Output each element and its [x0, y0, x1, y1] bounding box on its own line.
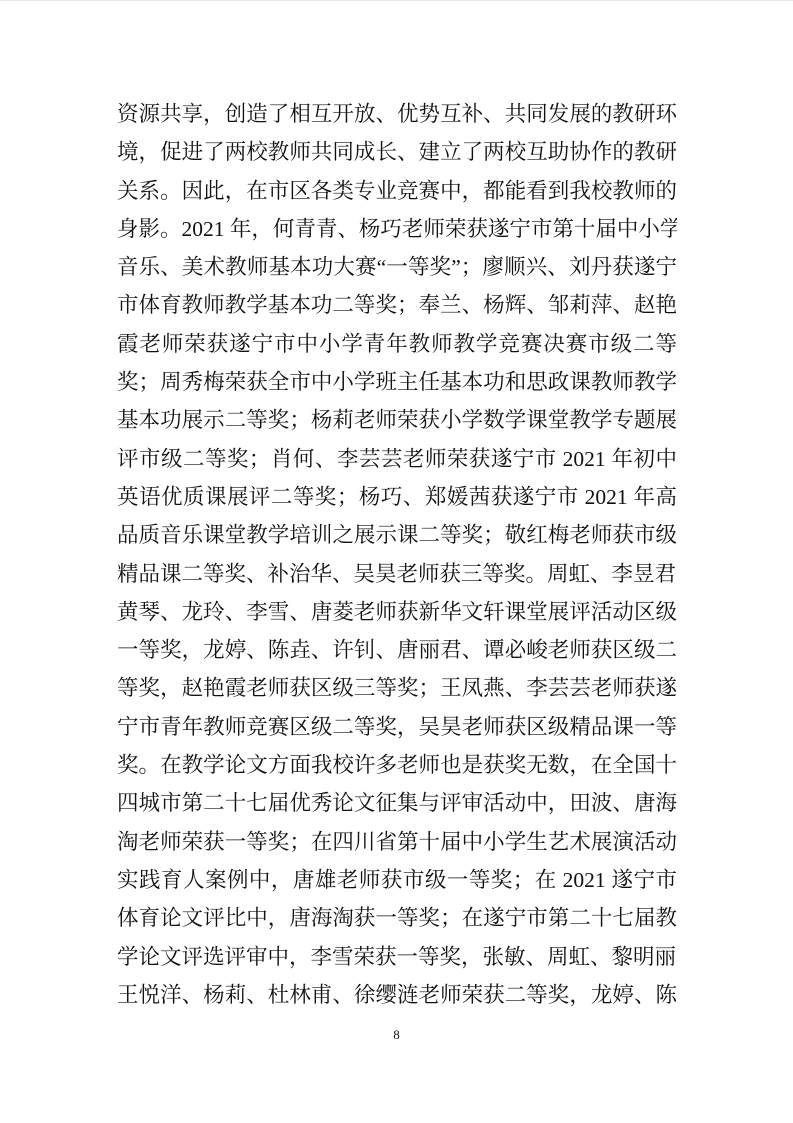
text-line: 精品课二等奖、补治华、吴昊老师获三等奖。周虹、李昱君、 [117, 555, 677, 593]
text-line: 淘老师荣获一等奖；在四川省第十届中小学生艺术展演活动 [117, 823, 677, 861]
text-line: 等奖，赵艳霞老师获区级三等奖；王凤燕、李芸芸老师获遂 [117, 669, 677, 707]
text-line: 评市级二等奖；肖何、李芸芸老师荣获遂宁市 2021 年初中 [117, 440, 677, 478]
text-line: 实践育人案例中，唐雄老师获市级一等奖；在 2021 遂宁市 [117, 861, 677, 899]
page-number: 8 [0, 1027, 793, 1043]
text-line: 关系。因此，在市区各类专业竞赛中，都能看到我校教师的 [117, 172, 677, 210]
text-line: 境，促进了两校教师共同成长、建立了两校互助协作的教研 [117, 133, 677, 171]
text-line: 品质音乐课堂教学培训之展示课二等奖；敬红梅老师获市级 [117, 516, 677, 554]
text-line: 音乐、美术教师基本功大赛“一等奖”；廖顺兴、刘丹获遂宁 [117, 248, 677, 286]
text-line: 市体育教师教学基本功二等奖；奉兰、杨辉、邹莉萍、赵艳 [117, 286, 677, 324]
text-line: 霞老师荣获遂宁市中小学青年教师教学竞赛决赛市级二等 [117, 325, 677, 363]
paragraph-text: 资源共享，创造了相互开放、优势互补、共同发展的教研环 境，促进了两校教师共同成长… [117, 95, 677, 1014]
text-line: 一等奖，龙婷、陈垚、许钊、唐丽君、谭必峻老师获区级二 [117, 631, 677, 669]
text-line: 奖；周秀梅荣获全市中小学班主任基本功和思政课教师教学 [117, 363, 677, 401]
text-line: 四城市第二十七届优秀论文征集与评审活动中，田波、唐海 [117, 784, 677, 822]
text-line: 基本功展示二等奖；杨莉老师荣获小学数学课堂教学专题展 [117, 401, 677, 439]
text-line: 体育论文评比中，唐海淘获一等奖；在遂宁市第二十七届教 [117, 899, 677, 937]
text-line: 宁市青年教师竞赛区级二等奖，吴昊老师获区级精品课一等 [117, 708, 677, 746]
text-line: 学论文评选评审中，李雪荣获一等奖，张敏、周虹、黎明丽、 [117, 938, 677, 976]
text-line: 奖。在教学论文方面我校许多老师也是获奖无数，在全国十 [117, 746, 677, 784]
text-line: 黄琴、龙玲、李雪、唐菱老师获新华文轩课堂展评活动区级 [117, 593, 677, 631]
text-line: 资源共享，创造了相互开放、优势互补、共同发展的教研环 [117, 95, 677, 133]
text-line: 王悦洋、杨莉、杜林甫、徐缨涟老师荣获二等奖，龙婷、陈 [117, 976, 677, 1014]
text-line: 英语优质课展评二等奖；杨巧、郑媛茜获遂宁市 2021 年高 [117, 478, 677, 516]
document-page: 资源共享，创造了相互开放、优势互补、共同发展的教研环 境，促进了两校教师共同成长… [0, 0, 793, 1123]
text-line: 身影。2021 年，何青青、杨巧老师荣获遂宁市第十届中小学 [117, 210, 677, 248]
